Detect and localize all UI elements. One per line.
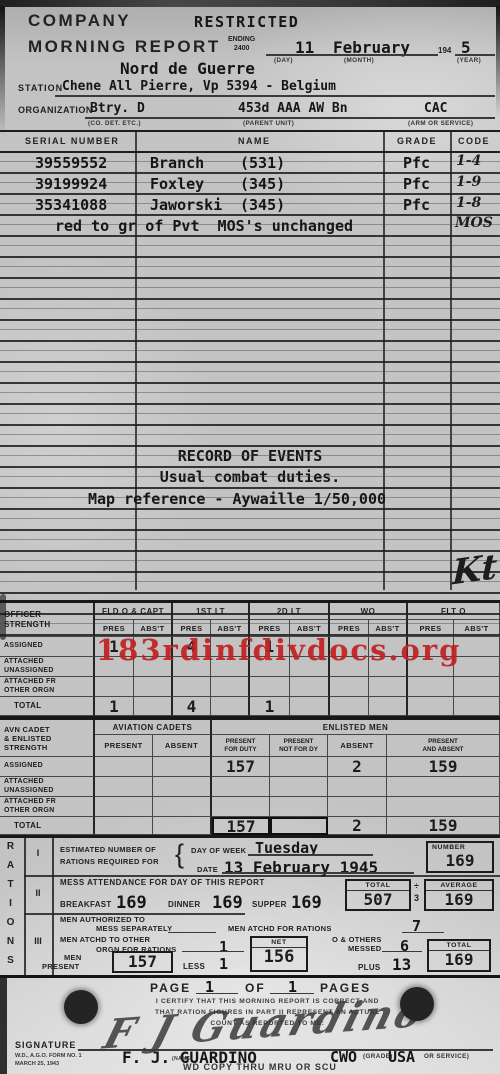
officer-total-value	[369, 697, 408, 716]
enlisted-total-value: 159	[387, 817, 500, 835]
handwritten-initials: Kt	[452, 547, 498, 594]
organization-label: ORGANIZATION	[18, 105, 93, 115]
record-of-events-entry-row: Map reference - Aywaille 1/50,000	[0, 489, 500, 510]
personnel-header-row: SERIAL NUMBER NAME GRADE CODE	[0, 132, 500, 153]
enlisted-strength-header: AVN CADET & ENLISTED STRENGTH	[0, 720, 95, 757]
others-underline	[382, 951, 422, 952]
soldier-mos: (345)	[240, 175, 285, 193]
record-entry: Map reference - Aywaille 1/50,000	[88, 490, 386, 508]
mess-total-box: TOTAL 507	[345, 879, 411, 911]
org-parent-sublabel: (PARENT UNIT)	[243, 120, 294, 127]
personnel-row: 35341088 Jaworski (345) Pfc 1-8	[0, 195, 500, 216]
soldier-grade: Pfc	[403, 175, 430, 193]
present-label: PRESENT	[42, 962, 80, 971]
plus-value: 13	[392, 955, 411, 974]
breakfast-value: 169	[116, 893, 147, 913]
col-cadets-present: PRESENT	[95, 735, 153, 757]
empty-cell	[328, 797, 387, 817]
officer-total-value	[134, 697, 173, 716]
men-label: MEN	[64, 953, 82, 962]
scan-top-edge	[0, 0, 500, 7]
station-underline	[55, 95, 495, 97]
number-value: 169	[428, 852, 492, 869]
col-name: NAME	[238, 136, 271, 146]
rations-side-label: RATIONS	[5, 841, 16, 972]
note-text: red to gr of Pvt MOS's unchanged	[55, 217, 353, 235]
col-grade: GRADE	[397, 136, 437, 146]
group-enlisted-men: ENLISTED MEN	[212, 720, 500, 735]
row-label-total: TOTAL	[0, 697, 95, 716]
day-sublabel: (DAY)	[274, 57, 293, 64]
record-of-events-entry-row: Usual combat duties.	[0, 468, 500, 489]
enlisted-total-value	[95, 817, 153, 835]
soldier-grade: Pfc	[403, 154, 430, 172]
dinner-value: 169	[212, 893, 243, 913]
service-sublabel: OR SERVICE)	[424, 1053, 469, 1060]
enlisted-assigned-value	[153, 757, 212, 777]
mess-separately-label: MESS SEPARATELY	[96, 924, 172, 933]
ruled-row	[0, 237, 500, 258]
rations-divider	[52, 838, 54, 975]
enlisted-assigned-value: 159	[387, 757, 500, 777]
row-label-total: TOTAL	[0, 817, 95, 835]
punch-hole	[64, 990, 98, 1024]
empty-cell	[95, 777, 153, 797]
ruled-row	[0, 300, 500, 321]
officer-total-value: 4	[173, 697, 211, 716]
empty-cell	[134, 677, 173, 697]
archive-watermark: 183rdinfdivdocs.org	[96, 633, 461, 667]
org-service-sublabel: (ARM OR SERVICE)	[408, 120, 473, 127]
soldier-grade: Pfc	[403, 196, 430, 214]
enlisted-assigned-value: 157	[212, 757, 270, 777]
station-value: Chene All Pierre, Vp 5394 - Belgium	[62, 79, 336, 94]
scan-left-edge	[0, 6, 5, 136]
year-prefix: 194	[438, 46, 451, 55]
col-present-for-duty: PRESENT FOR DUTY	[212, 735, 270, 757]
enlisted-assigned-value: 2	[328, 757, 387, 777]
group-1st-lt: 1ST LT	[173, 603, 250, 620]
enlisted-total-value	[270, 817, 328, 835]
row-label-attached-fr: ATTACHED FR OTHER ORGN	[0, 797, 95, 817]
enlisted-total-value: 2	[328, 817, 387, 835]
organization-underline	[85, 117, 495, 119]
ruled-row	[0, 321, 500, 342]
col-code: CODE	[458, 136, 490, 146]
distribution-note: WD COPY THRU MRU OR SCU	[183, 1062, 337, 1072]
note-code-handwritten: MOS	[455, 215, 493, 231]
officer-total-value	[290, 697, 330, 716]
personnel-row: 39559552 Branch (531) Pfc 1-4	[0, 153, 500, 174]
net-box: NET 156	[250, 936, 308, 972]
form-title-line2: MORNING REPORT	[28, 37, 221, 57]
dow-underline	[248, 854, 373, 856]
estimated-rations-label: ESTIMATED NUMBER OF RATIONS REQUIRED FOR	[60, 844, 159, 867]
mess-average-box: AVERAGE 169	[424, 879, 494, 911]
ruled-row	[0, 573, 500, 594]
empty-cell	[387, 777, 500, 797]
empty-cell	[95, 677, 134, 697]
col-present-and-absent: PRESENT AND ABSENT	[387, 735, 500, 757]
rations-divider	[24, 838, 26, 975]
group-aviation-cadets: AVIATION CADETS	[95, 720, 212, 735]
page-label: PAGE	[150, 981, 191, 995]
ruled-row	[0, 258, 500, 279]
col-cadets-absent: ABSENT	[153, 735, 212, 757]
row-label-assigned: ASSIGNED	[0, 637, 95, 657]
of-label: OF	[245, 981, 266, 995]
mess-sep-underline	[168, 932, 216, 933]
classification-stamp: RESTRICTED	[194, 13, 299, 31]
rations-total-value: 169	[429, 951, 489, 968]
enlisted-total-value: 157	[212, 817, 270, 835]
day-of-week-label: DAY OF WEEK	[191, 846, 246, 855]
supper-label: SUPPER	[252, 900, 287, 909]
service-value: USA	[388, 1048, 415, 1066]
mess-total-value: 507	[347, 891, 409, 908]
morning-report-scan: COMPANY RESTRICTED MORNING REPORT ENDING…	[0, 0, 500, 1074]
soldier-name: Jaworski	[150, 196, 222, 214]
org-service-value: CAC	[424, 101, 447, 116]
row-label-assigned: ASSIGNED	[0, 757, 95, 777]
ruled-row	[0, 510, 500, 531]
mess-attendance-title: MESS ATTENDANCE FOR DAY OF THIS REPORT	[60, 878, 265, 887]
mess-average-value: 169	[426, 891, 492, 908]
serial-number: 39199924	[35, 175, 107, 193]
pages-underline	[270, 993, 314, 994]
empty-cell	[153, 797, 212, 817]
row-label-attached-fr: ATTACHED FR OTHER ORGN	[0, 677, 95, 697]
soldier-mos: (531)	[240, 154, 285, 172]
serial-number: 39559552	[35, 154, 107, 172]
officer-strength-header: OFFICER STRENGTH	[0, 603, 95, 637]
col-present-not-for-duty: PRESENT NOT FOR DY	[270, 735, 328, 757]
serial-number: 35341088	[35, 196, 107, 214]
empty-cell	[369, 677, 408, 697]
atchd-rations-underline	[402, 932, 444, 933]
atchd-other-underline	[182, 951, 244, 952]
enlisted-total-value	[153, 817, 212, 835]
group-2d-lt: 2D LT	[250, 603, 330, 620]
personnel-row: 39199924 Foxley (345) Pfc 1-9	[0, 174, 500, 195]
enlisted-strength-table: AVN CADET & ENLISTED STRENGTH AVIATION C…	[0, 718, 500, 838]
plus-label: PLUS	[358, 963, 381, 972]
empty-cell	[270, 797, 328, 817]
col-serial-number: SERIAL NUMBER	[25, 136, 119, 146]
code-handwritten: 1-8	[456, 195, 481, 211]
ruled-row	[0, 279, 500, 300]
rations-section: RATIONS I II III ESTIMATED NUMBER OF RAT…	[0, 838, 500, 978]
supper-value: 169	[291, 893, 322, 913]
scan-smudge-bottom-left	[0, 975, 7, 1074]
ruled-row	[0, 531, 500, 552]
signature-label: SIGNATURE	[15, 1040, 76, 1050]
record-entry: Usual combat duties.	[160, 468, 341, 486]
empty-cell	[290, 677, 330, 697]
o-and-others-label: O & OTHERS	[332, 935, 382, 944]
code-handwritten: 1-9	[456, 174, 481, 190]
less-value: 1	[219, 955, 228, 973]
punch-hole	[400, 987, 434, 1021]
personnel-table: SERIAL NUMBER NAME GRADE CODE 39559552 B…	[0, 130, 500, 590]
date-underline2	[222, 872, 414, 874]
ruled-row	[0, 363, 500, 384]
record-of-events-title: RECORD OF EVENTS	[178, 447, 323, 465]
divide-sign: ÷	[414, 881, 419, 891]
empty-cell	[212, 777, 270, 797]
men-authorized-label: MEN AUTHORIZED TO	[60, 915, 145, 924]
divide-by-value: 3	[414, 893, 419, 903]
form-number: W.D., A.G.O. FORM NO. 1 MARCH 25, 1943	[15, 1052, 82, 1069]
officer-total-value	[408, 697, 454, 716]
org-parent-value: 453d AAA AW Bn	[238, 101, 348, 116]
month-sublabel: (MONTH)	[344, 57, 374, 64]
date-underline	[266, 54, 438, 56]
brace: {	[175, 839, 184, 870]
personnel-note-row: red to gr of Pvt MOS's unchanged MOS	[0, 216, 500, 237]
breakfast-label: BREAKFAST	[60, 900, 112, 909]
org-unit-sublabel: (CO. DET. ETC.)	[88, 120, 141, 127]
officer-total-value	[330, 697, 369, 716]
empty-cell	[270, 777, 328, 797]
org-unit-value: Btry. D	[90, 101, 145, 116]
group-flt-o: FLT O	[408, 603, 500, 620]
rations-date-value: 13 February 1945	[224, 858, 378, 877]
form-title-line1: COMPANY	[28, 11, 131, 31]
row-label-attached-unassigned: ATTACHED UNASSIGNED	[0, 657, 95, 677]
messed-label: MESSED	[348, 944, 381, 953]
ruled-row	[0, 405, 500, 426]
men-atchd-for-rations-label: MEN ATCHD FOR RATIONS	[228, 924, 332, 933]
empty-cell	[408, 677, 454, 697]
section-numeral-2: II	[24, 888, 52, 898]
officer-total-value	[211, 697, 250, 716]
empty-cell	[95, 797, 153, 817]
empty-cell	[387, 797, 500, 817]
record-of-events-title-row: RECORD OF EVENTS	[0, 447, 500, 468]
enlisted-assigned-value	[270, 757, 328, 777]
empty-cell	[173, 677, 211, 697]
page-underline	[196, 993, 238, 994]
map-grid-note: Nord de Guerre	[120, 59, 255, 78]
net-value: 156	[252, 948, 306, 966]
group-fldo-capt: FLD O & CAPT	[95, 603, 173, 620]
empty-cell	[153, 777, 212, 797]
empty-cell	[211, 677, 250, 697]
dinner-label: DINNER	[168, 900, 200, 909]
soldier-name: Branch	[150, 154, 204, 172]
others-messed-value: 6	[400, 937, 409, 955]
station-label: STATION	[18, 83, 63, 93]
empty-cell	[330, 677, 369, 697]
group-wo: WO	[330, 603, 408, 620]
ruled-row	[0, 384, 500, 405]
rations-total-box: TOTAL 169	[427, 939, 491, 972]
empty-cell	[250, 677, 290, 697]
ruled-row	[0, 342, 500, 363]
officer-total-value: 1	[95, 697, 134, 716]
soldier-name: Foxley	[150, 175, 204, 193]
date-label: DATE	[197, 865, 218, 874]
less-label: LESS	[183, 962, 205, 971]
section-numeral-1: I	[24, 848, 52, 858]
year-sublabel: (YEAR)	[457, 57, 481, 64]
empty-cell	[454, 677, 500, 697]
officer-total-value	[454, 697, 500, 716]
men-atchd-other-label1: MEN ATCHD TO OTHER	[60, 935, 150, 944]
col-absent: ABSENT	[328, 735, 387, 757]
section-numeral-3: III	[24, 936, 52, 946]
soldier-mos: (345)	[240, 196, 285, 214]
ending-2400-label: ENDING 2400	[228, 35, 255, 53]
men-present-box: 157	[112, 951, 173, 973]
men-present-value: 157	[128, 954, 157, 970]
year-underline	[455, 54, 495, 56]
empty-cell	[212, 797, 270, 817]
code-handwritten: 1-4	[456, 153, 481, 169]
empty-cell	[328, 777, 387, 797]
officer-total-value: 1	[250, 697, 290, 716]
men-atchd-other-value: 1	[219, 938, 228, 956]
enlisted-assigned-value	[95, 757, 153, 777]
rations-number-box: NUMBER 169	[426, 841, 494, 873]
row-label-attached-unassigned: ATTACHED UNASSIGNED	[0, 777, 95, 797]
ruled-row	[0, 426, 500, 447]
ruled-row	[0, 552, 500, 573]
scan-right-edge	[496, 6, 500, 116]
